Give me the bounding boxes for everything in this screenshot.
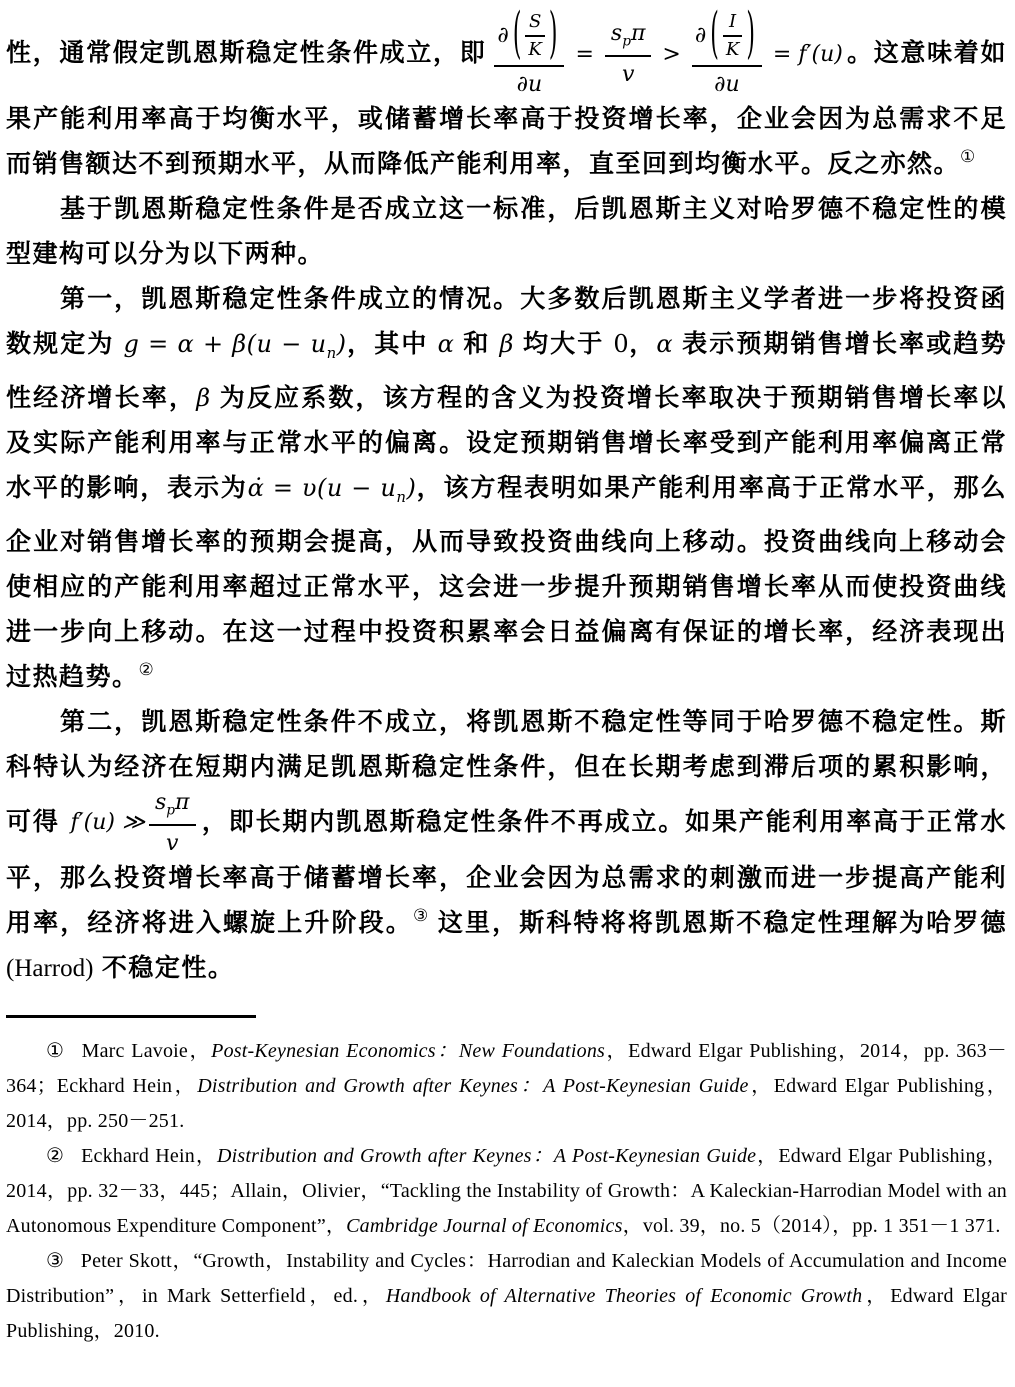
left-paren: (: [710, 4, 719, 67]
fraction-I-K: IK: [723, 12, 742, 60]
var-alpha: α: [656, 330, 673, 358]
p3-text-5: ，: [629, 330, 657, 358]
skott-condition-formula: f′(u) ≫spπv: [71, 790, 200, 856]
book-title: Post-Keynesian Economics：New Foundations: [211, 1040, 605, 1062]
footnote-2-text: ，vol. 39，no. 5（2014），pp. 1 351－1 371.: [623, 1215, 1001, 1237]
fraction-spi-v: spπv: [605, 21, 652, 87]
p4-text-4: 不稳定性。: [93, 954, 234, 982]
var-beta: β: [500, 330, 514, 358]
var-pi: π: [631, 21, 645, 46]
footnote-divider: [6, 1015, 256, 1018]
footnote-1-text: Marc Lavoie，: [82, 1040, 212, 1062]
fraction-S-K: SK: [525, 12, 544, 60]
alpha-dot-head: α̇ = υ(u − u: [248, 474, 397, 502]
document-page: 性，通常假定凯恩斯稳定性条件成立，即∂(SK)∂u=spπv>∂(IK)∂u=f…: [0, 0, 1015, 1387]
footnote-3-number: ③: [46, 1250, 65, 1272]
p3-text-3: 和: [454, 330, 499, 358]
var-I: I: [726, 12, 739, 35]
denominator-du: ∂u: [692, 65, 762, 97]
footnote-1-number: ①: [46, 1040, 66, 1062]
equals-sign: =: [773, 42, 791, 67]
partial-symbol: ∂: [497, 23, 508, 48]
footnote-3: ③Peter Skott，“Growth，Instability and Cyc…: [6, 1244, 1007, 1349]
equals-sign: =: [575, 42, 593, 67]
fraction-spi-v: spπv: [149, 790, 196, 856]
paragraph-1: 性，通常假定凯恩斯稳定性条件成立，即∂(SK)∂u=spπv>∂(IK)∂u=f…: [6, 12, 1007, 187]
harrod-latin-name: (Harrod): [6, 955, 93, 982]
article-body: 性，通常假定凯恩斯稳定性条件成立，即∂(SK)∂u=spπv>∂(IK)∂u=f…: [6, 12, 1007, 991]
book-title: Distribution and Growth after Keynes：A P…: [217, 1145, 756, 1167]
numerator-spi: spπ: [605, 21, 652, 55]
var-K: K: [525, 35, 544, 60]
footnote-ref-1: ①: [960, 147, 975, 167]
numerator-dIK: ∂(IK): [692, 12, 762, 65]
var-pi: π: [175, 790, 189, 815]
footnote-2-number: ②: [46, 1145, 65, 1167]
var-K: K: [723, 35, 742, 60]
footnotes-section: ①Marc Lavoie，Post-Keynesian Economics：Ne…: [6, 1034, 1007, 1349]
paragraph-2: 基于凯恩斯稳定性条件是否成立这一标准，后凯恩斯主义对哈罗德不稳定性的模型建构可以…: [6, 187, 1007, 277]
investment-function-formula: g = α + β(u − un): [124, 330, 347, 358]
partial-symbol: ∂: [695, 23, 706, 48]
sub-p: p: [166, 802, 175, 818]
var-S: S: [526, 12, 544, 35]
g-formula-tail: ): [337, 330, 347, 358]
denominator-du: ∂u: [494, 65, 564, 97]
p1-text-pre: 性，通常假定凯恩斯稳定性条件成立，即: [6, 39, 486, 67]
f-prime-u: f′(u): [798, 42, 842, 67]
paragraph-3: 第一，凯恩斯稳定性条件成立的情况。大多数后凯恩斯主义学者进一步将投资函数规定为 …: [6, 277, 1007, 700]
footnote-ref-2: ②: [139, 660, 154, 680]
footnote-2: ②Eckhard Hein，Distribution and Growth af…: [6, 1139, 1007, 1244]
var-s: s: [611, 21, 622, 46]
fraction-dIK-du: ∂(IK)∂u: [692, 12, 762, 97]
p3-text-4: 均大于: [514, 330, 613, 358]
zero-value: 0: [613, 330, 628, 358]
footnote-2-text: Eckhard Hein，: [81, 1145, 217, 1167]
g-formula-head: g = α + β(u − u: [124, 330, 327, 358]
right-paren: ): [746, 4, 755, 67]
left-paren: (: [513, 4, 522, 67]
sub-n: n: [327, 344, 337, 362]
p3-text-8: ，该方程表明如果产能利用率高于正常水平，那么企业对销售增长率的预期会提高，从而导…: [6, 474, 1007, 691]
greater-than-sign: >: [662, 42, 680, 67]
sub-n: n: [396, 488, 406, 506]
journal-title: Cambridge Journal of Economics: [346, 1215, 623, 1237]
right-paren: ): [549, 4, 558, 67]
numerator-dSK: ∂(SK): [494, 12, 564, 65]
var-alpha: α: [438, 330, 455, 358]
sub-p: p: [622, 34, 631, 50]
book-title: Distribution and Growth after Keynes：A P…: [197, 1075, 748, 1097]
var-beta: β: [196, 384, 210, 412]
denominator-v: v: [149, 824, 196, 856]
keynes-stability-condition-formula: ∂(SK)∂u=spπv>∂(IK)∂u=f′(u): [490, 12, 842, 97]
book-title: Handbook of Alternative Theories of Econ…: [386, 1285, 863, 1307]
paragraph-4: 第二，凯恩斯稳定性条件不成立，将凯恩斯不稳定性等同于哈罗德不稳定性。斯科特认为经…: [6, 700, 1007, 991]
alpha-dot-formula: α̇ = υ(u − un): [248, 474, 417, 502]
p3-text-2: ，其中: [347, 330, 438, 358]
p4-text-3: 这里，斯科特将将凯恩斯不稳定性理解为哈罗德: [429, 909, 1007, 937]
numerator-spi: spπ: [149, 790, 196, 824]
footnote-1: ①Marc Lavoie，Post-Keynesian Economics：Ne…: [6, 1034, 1007, 1139]
p2-text: 基于凯恩斯稳定性条件是否成立这一标准，后凯恩斯主义对哈罗德不稳定性的模型建构可以…: [6, 195, 1007, 268]
alpha-dot-tail: ): [406, 474, 416, 502]
fraction-dSK-du: ∂(SK)∂u: [494, 12, 564, 97]
footnote-ref-3: ③: [413, 906, 429, 926]
denominator-v: v: [605, 55, 652, 87]
var-s: s: [155, 790, 166, 815]
skott-lhs: f′(u) ≫: [71, 810, 146, 835]
